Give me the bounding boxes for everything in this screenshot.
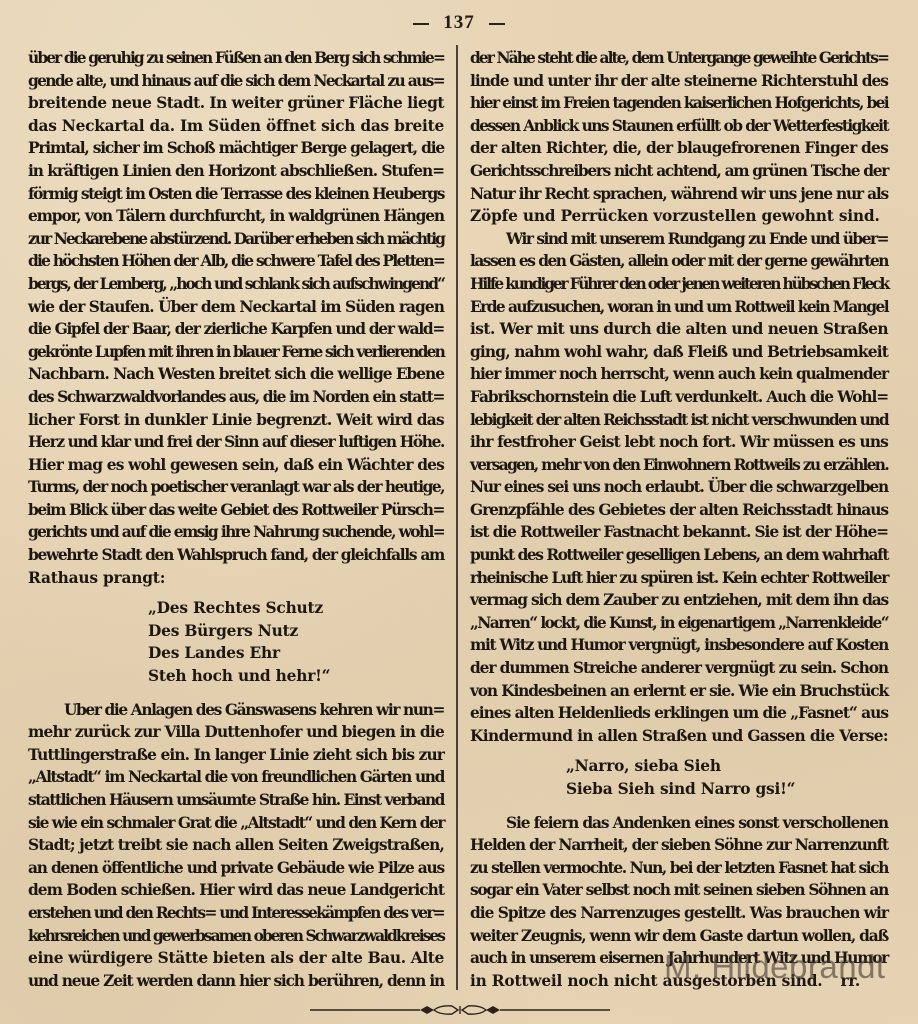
text-line: gende alte, und hinaus auf die sich dem … [28,70,444,93]
text-line: stattlichen Häusern umsäumte Straße hin.… [28,789,444,812]
text-line: Nur eines sei uns noch erlaubt. Über die… [470,476,888,499]
text-line: „Narren“ lockt, die Kunst, in eigenartig… [470,612,888,635]
text-line: des Schwarzwaldvorlandes aus, die im Nor… [28,386,444,409]
text-line: beim Blick über das weite Gebiet des Rot… [28,499,444,522]
text-line: bewehrte Stadt den Wahlspruch fand, der … [28,544,444,567]
right-paragraph-3: Sie feiern das Andenken eines sonst vers… [470,812,888,993]
text-line: weiter Zeugnis, wenn wir dem Gaste dartu… [470,925,888,948]
text-line: das Neckartal da. Im Süden öffnet sich d… [28,115,444,138]
text-line: der Nähe steht die alte, dem Untergange … [470,47,888,70]
text-line: rheinische Luft hier zu spüren ist. Kein… [470,567,888,590]
text-line: Helden der Narrheit, der sieben Söhne zu… [470,834,888,857]
right-paragraph-1: der Nähe steht die alte, dem Untergange … [470,47,888,228]
text-line: empor, von Tälern durchfurcht, in waldgr… [28,205,444,228]
text-line: eine würdigere Stätte bieten als der alt… [28,947,444,970]
end-ornament-icon [310,1003,610,1017]
text-line: gerichts und auf die emsig ihre Nahrung … [28,521,444,544]
text-line: über die geruhig zu seinen Füßen an den … [28,47,444,70]
text-line: in kräftigen Linien den Horizont abschli… [28,160,444,183]
text-line: Hilfe kundiger Führer den oder jenen wei… [470,273,888,296]
text-line: sie wie ein schmaler Grat die „Altstadt“… [28,812,444,835]
text-line: Sie feiern das Andenken eines sonst vers… [470,812,888,835]
text-line: lassen es den Gästen, allein oder mit de… [470,250,888,273]
text-line: Grenzpfähle des Gebietes der alten Reich… [470,499,888,522]
text-line: ist. Wer mit uns durch die alten und neu… [470,318,888,341]
text-line: Tuttlingerstraße ein. In langer Linie zi… [28,744,444,767]
verse-line: Des Landes Ehr [148,642,444,665]
verse-line: „Narro, sieba Sieh [566,755,888,778]
text-line: dem Boden schießen. Hier wird das neue L… [28,879,444,902]
text-line: mit Witz und Humor vergnügt, insbesonder… [470,634,888,657]
text-line: hier einst im Freien tagenden kaiserlich… [470,92,888,115]
text-line: ist die Rottweiler Fastnacht bekannt. Si… [470,521,888,544]
text-line: der dummen Streiche anderer vergnügt zu … [470,657,888,680]
text-line: gekrönte Lupfen mit ihren in blauer Fern… [28,341,444,364]
text-line: licher Forst in dunkler Linie begrenzt. … [28,409,444,432]
text-line: linde und unter ihr der alte steinerne R… [470,70,888,93]
text-line: Herz und klar und frei der Sinn auf dies… [28,431,444,454]
text-line: Fabrikschornstein die Luft verdunkelt. A… [470,386,888,409]
text-line: die Gipfel der Baar, der zierliche Karpf… [28,318,444,341]
left-column: über die geruhig zu seinen Füßen an den … [28,47,444,992]
text-line: breitende neue Stadt. In weiter grüner F… [28,92,444,115]
text-line: „Altstadt“ im Neckartal die von freundli… [28,766,444,789]
text-line: erstehen und den Rechts= und Interessekä… [28,902,444,925]
text-line: die höchsten Höhen der Alb, die schwere … [28,250,444,273]
text-line: lebigkeit der alten Reichsstadt ist nich… [470,409,888,432]
right-verse: „Narro, sieba SiehSieba Sieh sind Narro … [470,755,888,800]
text-line: wie der Staufen. Über dem Neckartal im S… [28,296,444,319]
text-line: auch in unserem eisernen Jahrhundert Wit… [470,947,888,970]
text-line: Primtal, sicher im Schoß mächtiger Berge… [28,137,444,160]
left-paragraph-1: über die geruhig zu seinen Füßen an den … [28,47,444,589]
text-line: Turms, der noch poetischer veranlagt war… [28,476,444,499]
verse-line: „Des Rechtes Schutz [148,597,444,620]
right-paragraph-2: Wir sind mit unserem Rundgang zu Ende un… [470,228,888,748]
text-line: vermag sich dem Zauber zu entziehen, mit… [470,589,888,612]
text-line: förmig steigt im Osten die Terrasse des … [28,183,444,206]
text-line: in Rottweil noch nicht ausgestorben sind… [470,970,888,993]
text-line: Natur ihr Recht sprachen, während wir un… [470,183,888,206]
verse-line: Steh hoch und hehr!“ [148,665,444,688]
text-line: Rathaus prangt: [28,567,444,590]
text-line: hier immer noch herrscht, wenn auch kein… [470,363,888,386]
page-header: 137 [0,12,918,34]
left-paragraph-2: Uber die Anlagen des Gänswasens kehren w… [28,699,444,993]
header-dash-left [413,23,429,25]
text-line: Uber die Anlagen des Gänswasens kehren w… [28,699,444,722]
left-verse: „Des Rechtes SchutzDes Bürgers NutzDes L… [28,597,444,687]
text-line: von Kindesbeinen an erlernt er sie. Wie … [470,680,888,703]
text-line: sogar ein Vater selbst noch mit seinen s… [470,879,888,902]
text-line: zur Neckarebene abstürzend. Darüber erhe… [28,228,444,251]
text-line: ihr festfroher Geist lebt noch fort. Wir… [470,431,888,454]
text-line: Gerichtsschreibers nicht achtend, am grü… [470,160,888,183]
right-column: der Nähe steht die alte, dem Untergange … [470,47,888,992]
header-dash-right [489,23,505,25]
page-number: 137 [443,12,475,33]
text-line: der alten Richter, die, der blaugefroren… [470,137,888,160]
text-line: versagen, mehr von den Einwohnern Rottwe… [470,454,888,477]
text-line: Hier mag es wohl gewesen sein, daß ein W… [28,454,444,477]
column-divider [456,45,458,990]
text-line: punkt des Rottweiler geselligen Lebens, … [470,544,888,567]
text-line: die Spitze des Narrenzuges gestellt. Was… [470,902,888,925]
author-signature: rr. [840,970,860,993]
text-line: mehr zurück zur Villa Duttenhofer und bi… [28,721,444,744]
text-line: ging, nahm wohl wahr, daß Fleiß und Betr… [470,341,888,364]
text-line: Nachbarn. Nach Westen breitet sich die w… [28,363,444,386]
text-line: Erde aufzusuchen, woran in und um Rottwe… [470,296,888,319]
text-line: Wir sind mit unserem Rundgang zu Ende un… [470,228,888,251]
text-line: an denen öffentliche und private Gebäude… [28,857,444,880]
text-line: kehrsreichen und gewerbsamen oberen Schw… [28,925,444,948]
text-line: Stadt; jetzt treibt sie nach allen Seite… [28,834,444,857]
text-line: und neue Zeit werden dann hier sich berü… [28,970,444,993]
verse-line: Des Bürgers Nutz [148,620,444,643]
text-line: dessen Anblick uns Staunen erfüllt ob de… [470,115,888,138]
verse-line: Sieba Sieh sind Narro gsi!“ [566,778,888,801]
text-line: eines alten Heldenlieds erklingen um die… [470,702,888,725]
text-line: Zöpfe und Perrücken vorzustellen gewohnt… [470,205,888,228]
text-line: Kindermund in allen Straßen und Gassen d… [470,725,888,748]
text-line: bergs, der Lemberg, „hoch und schlank si… [28,273,444,296]
text-line: zu stellen vermochte. Nun, bei der letzt… [470,857,888,880]
